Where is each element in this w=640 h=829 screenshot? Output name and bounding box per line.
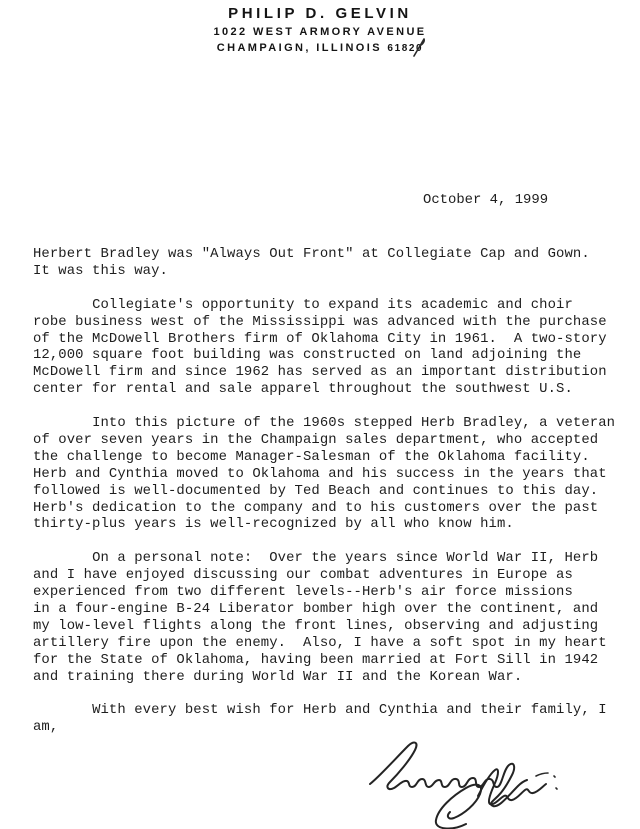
paragraph: Into this picture of the 1960s stepped H… <box>33 415 625 533</box>
paragraph: Herbert Bradley was "Always Out Front" a… <box>33 246 625 280</box>
paragraph: With every best wish for Herb and Cynthi… <box>33 702 625 736</box>
letterhead-address: 1022 WEST ARMORY AVENUE <box>0 26 640 38</box>
letter-body: Herbert Bradley was "Always Out Front" a… <box>33 246 625 753</box>
letterhead-city: CHAMPAIGN, ILLINOIS <box>217 42 388 54</box>
letterhead-city-line: CHAMPAIGN, ILLINOIS 61820 <box>0 42 640 54</box>
letter-page: PHILIP D. GELVIN 1022 WEST ARMORY AVENUE… <box>0 0 640 829</box>
paragraph: On a personal note: Over the years since… <box>33 550 625 685</box>
letterhead-zip-digits: 61820 <box>387 43 423 54</box>
date-line: October 4, 1999 <box>423 192 548 208</box>
handwritten-signature: Sincerely. <box>366 736 586 829</box>
signature-block: Sincerely. <box>366 736 586 829</box>
letterhead: PHILIP D. GELVIN 1022 WEST ARMORY AVENUE… <box>0 5 640 54</box>
signature-closing-script <box>370 743 555 807</box>
letterhead-name: PHILIP D. GELVIN <box>0 5 640 22</box>
letterhead-zip: 61820 <box>387 43 423 54</box>
paragraph: Collegiate's opportunity to expand its a… <box>33 297 625 398</box>
